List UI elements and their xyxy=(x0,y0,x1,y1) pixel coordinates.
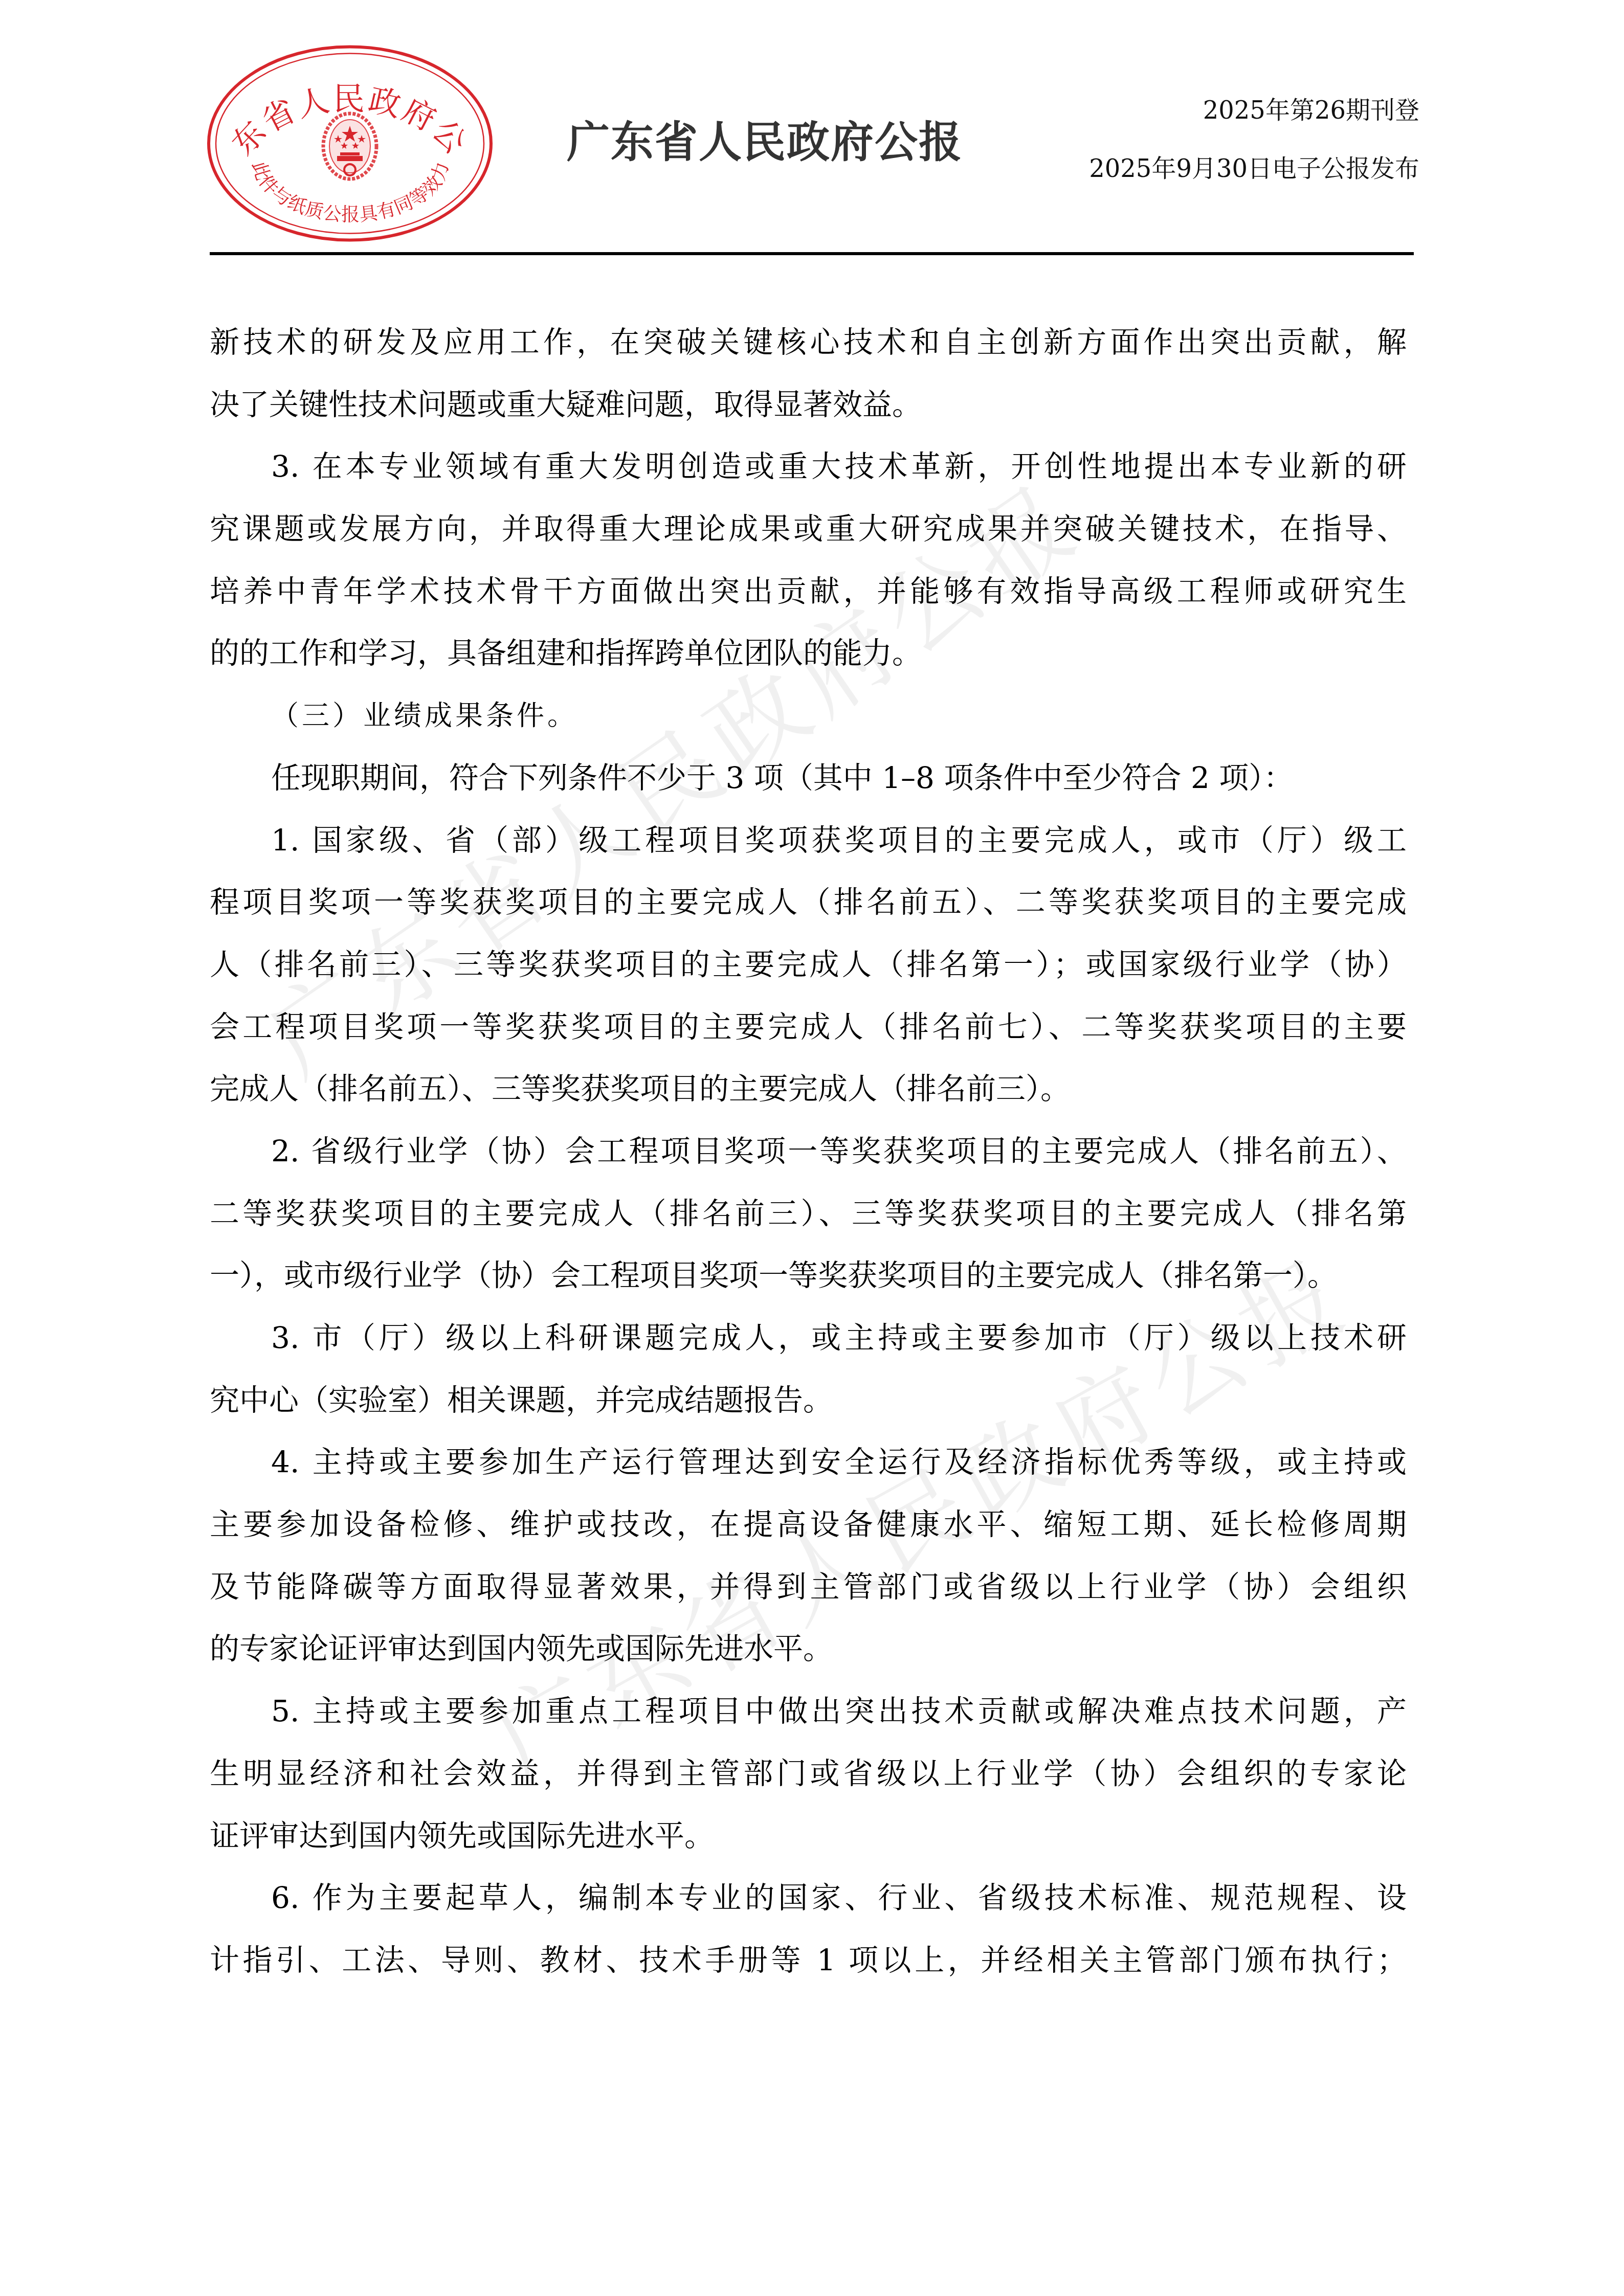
text-line: 的专家论证评审达到国内领先或国际先进水平。 xyxy=(210,1618,1407,1680)
list-item-3: 3. 市（厅）级以上科研课题完成人，或主持或主要参加市（厅）级以上技术研 究中心… xyxy=(210,1307,1407,1431)
list-item-5: 5. 主持或主要参加重点工程项目中做出突出技术贡献或解决难点技术问题，产 生明显… xyxy=(210,1680,1407,1867)
text-line: 新技术的研发及应用工作，在突破关键核心技术和自主创新方面作出突出贡献，解 xyxy=(210,311,1407,374)
paragraph-continued: 新技术的研发及应用工作，在突破关键核心技术和自主创新方面作出突出贡献，解 决了关… xyxy=(210,311,1407,436)
document-page: 广东省人民政府公报 广东省人民政府公报 广东省人民政府公报 此件与纸质公报具有同… xyxy=(0,0,1624,2296)
publication-title: 广东省人民政府公报 xyxy=(563,117,967,168)
document-body: 新技术的研发及应用工作，在突破关键核心技术和自主创新方面作出突出贡献，解 决了关… xyxy=(210,311,1407,1992)
text-line: 的的工作和学习，具备组建和指挥跨单位团队的能力。 xyxy=(210,622,1407,685)
text-line: 计指引、工法、导则、教材、技术手册等 1 项以上，并经相关主管部门颁布执行； xyxy=(210,1929,1407,1992)
text-line: 4. 主持或主要参加生产运行管理达到安全运行及经济指标优秀等级，或主持或 xyxy=(210,1431,1407,1494)
text-line: 5. 主持或主要参加重点工程项目中做出突出技术贡献或解决难点技术问题，产 xyxy=(210,1680,1407,1743)
text-line: 及节能降碳等方面取得显著效果，并得到主管部门或省级以上行业学（协）会组织 xyxy=(210,1556,1407,1618)
text-line: 主要参加设备检修、维护或技改，在提高设备健康水平、缩短工期、延长检修周期 xyxy=(210,1494,1407,1556)
text-line: 培养中青年学术技术骨干方面做出突出贡献，并能够有效指导高级工程师或研究生 xyxy=(210,560,1407,623)
text-line: 究课题或发展方向，并取得重大理论成果或重大研究成果并突破关键技术，在指导、 xyxy=(210,498,1407,560)
text-line: 完成人（排名前五）、三等奖获奖项目的主要完成人（排名前三）。 xyxy=(210,1058,1407,1120)
list-item-2: 2. 省级行业学（协）会工程项目奖项一等奖获奖项目的主要完成人（排名前五）、 二… xyxy=(210,1120,1407,1307)
paragraph-intro: 任现职期间，符合下列条件不少于 3 项（其中 1–8 项条件中至少符合 2 项）… xyxy=(210,747,1407,809)
text-line: 程项目奖项一等奖获奖项目的主要完成人（排名前五）、二等奖获奖项目的主要完成 xyxy=(210,871,1407,934)
text-line: 1. 国家级、省（部）级工程项目奖项获奖项目的主要完成人，或市（厅）级工 xyxy=(210,809,1407,872)
text-line: 一），或市级行业学（协）会工程项目奖项一等奖获奖项目的主要完成人（排名第一）。 xyxy=(210,1245,1407,1307)
text-line: 证评审达到国内领先或国际先进水平。 xyxy=(210,1805,1407,1867)
text-line: 决了关键性技术问题或重大疑难问题，取得显著效益。 xyxy=(210,374,1407,436)
list-item-6: 6. 作为主要起草人，编制本专业的国家、行业、省级技术标准、规范规程、设 计指引… xyxy=(210,1867,1407,1991)
section-heading: （三）业绩成果条件。 xyxy=(210,685,1407,747)
text-line: 究中心（实验室）相关课题，并完成结题报告。 xyxy=(210,1369,1407,1432)
issue-info: 2025年第26期刊登 2025年9月30日电子公报发布 xyxy=(1089,96,1419,183)
text-line: 人（排名前三）、三等奖获奖项目的主要完成人（排名第一）；或国家级行业学（协） xyxy=(210,934,1407,996)
text-line: 会工程项目奖项一等奖获奖项目的主要完成人（排名前七）、二等奖获奖项目的主要 xyxy=(210,996,1407,1059)
list-item-1: 1. 国家级、省（部）级工程项目奖项获奖项目的主要完成人，或市（厅）级工 程项目… xyxy=(210,809,1407,1120)
text-line: 2. 省级行业学（协）会工程项目奖项一等奖获奖项目的主要完成人（排名前五）、 xyxy=(210,1120,1407,1183)
paragraph-condition-3: 3. 在本专业领域有重大发明创造或重大技术革新，开创性地提出本专业新的研 究课题… xyxy=(210,436,1407,685)
text-line: 生明显经济和社会效益，并得到主管部门或省级以上行业学（协）会组织的专家论 xyxy=(210,1743,1407,1805)
text-line: 任现职期间，符合下列条件不少于 3 项（其中 1–8 项条件中至少符合 2 项）… xyxy=(210,747,1407,809)
publish-date: 2025年9月30日电子公报发布 xyxy=(1089,154,1419,183)
issue-number: 2025年第26期刊登 xyxy=(1089,96,1419,125)
text-line: 3. 在本专业领域有重大发明创造或重大技术革新，开创性地提出本专业新的研 xyxy=(210,436,1407,498)
text-line: 3. 市（厅）级以上科研课题完成人，或主持或主要参加市（厅）级以上技术研 xyxy=(210,1307,1407,1369)
national-emblem-icon xyxy=(323,114,376,179)
official-seal-stamp: 广东省人民政府公报 此件与纸质公报具有同等效力 xyxy=(206,44,494,243)
section-heading-text: （三）业绩成果条件。 xyxy=(210,685,1407,747)
text-line: 6. 作为主要起草人，编制本专业的国家、行业、省级技术标准、规范规程、设 xyxy=(210,1867,1407,1929)
text-line: 二等奖获奖项目的主要完成人（排名前三）、三等奖获奖项目的主要完成人（排名第 xyxy=(210,1183,1407,1245)
header-divider xyxy=(210,252,1414,255)
list-item-4: 4. 主持或主要参加生产运行管理达到安全运行及经济指标优秀等级，或主持或 主要参… xyxy=(210,1431,1407,1680)
